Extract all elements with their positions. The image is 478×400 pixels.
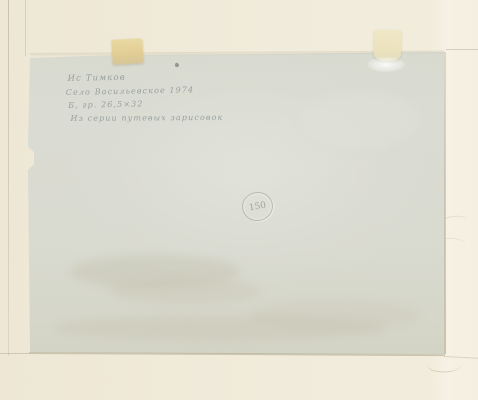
paper-stain bbox=[110, 278, 260, 304]
inscription-medium-size-line: Б, гр. 26,5×32 bbox=[68, 95, 256, 112]
paper-stain bbox=[55, 315, 385, 341]
pencil-guide-vertical-top bbox=[25, 0, 26, 56]
paper-highlight bbox=[300, 90, 420, 150]
pencil-guide-horizontal-bottom-left bbox=[0, 353, 29, 354]
inscription-series-line: Из серии путевых зарисовок bbox=[70, 111, 256, 126]
photo-of-artwork-verso: Ис Тимков Село Васильевское 1974 Б, гр. … bbox=[0, 0, 478, 400]
tape-glossy-sheen bbox=[367, 57, 405, 72]
paper-right-edge-shadow bbox=[444, 52, 446, 354]
pencil-hook-mark bbox=[427, 354, 463, 376]
masking-tape-top-left bbox=[111, 38, 143, 65]
stamp-number: 150 bbox=[248, 200, 267, 213]
pencil-guide-vertical-left bbox=[8, 0, 9, 356]
handwritten-inscription: Ис Тимков Село Васильевское 1974 Б, гр. … bbox=[65, 68, 256, 126]
pencil-guide-horizontal-right bbox=[446, 49, 478, 50]
